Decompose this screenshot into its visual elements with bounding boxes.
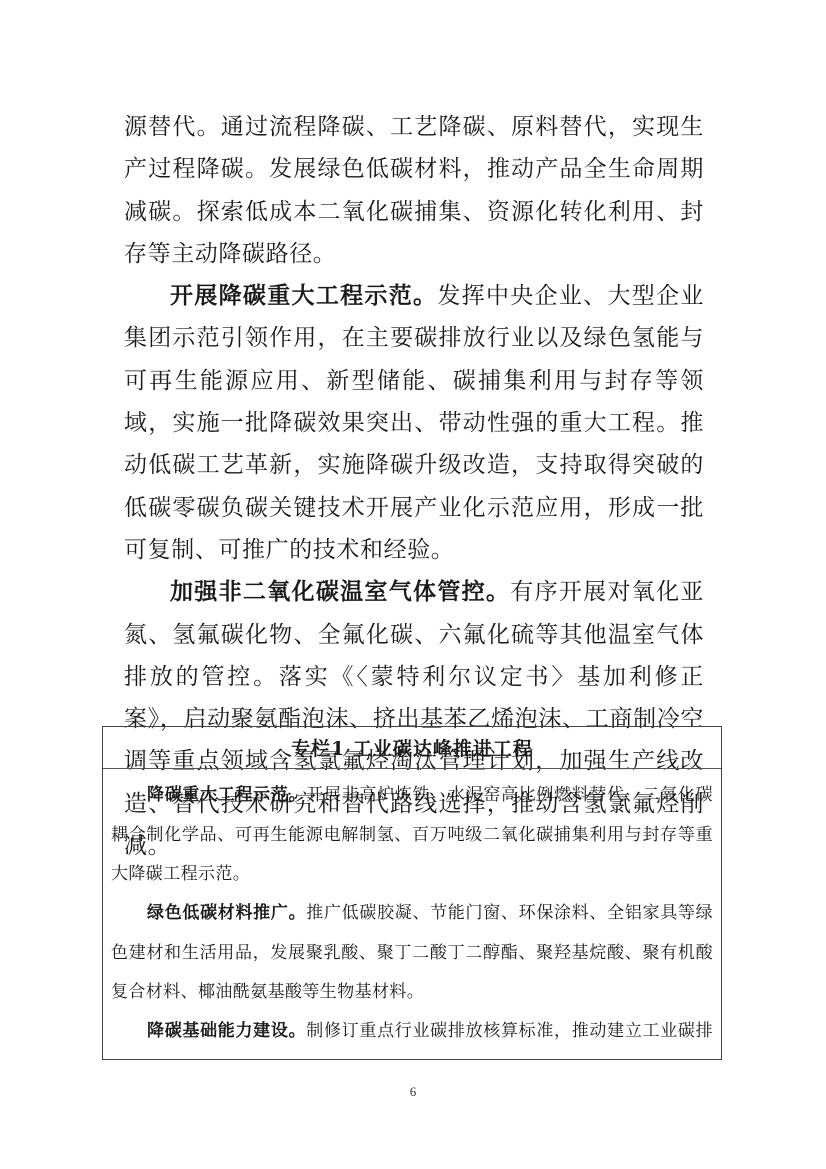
paragraph-heading: 开展降碳重大工程示范。 (170, 282, 437, 309)
paragraph-continuation: 源替代。通过流程降碳、工艺降碳、原料替代，实现生产过程降碳。发展绿色低碳材料，推… (124, 106, 704, 275)
paragraph-text: 源替代。通过流程降碳、工艺降碳、原料替代，实现生产过程降碳。发展绿色低碳材料，推… (124, 114, 704, 267)
box-item-heading: 绿色低碳材料推广。 (147, 903, 306, 923)
page-number: 6 (0, 1084, 826, 1100)
paragraph-carbon-reduction-projects: 开展降碳重大工程示范。发挥中央企业、大型企业集团示范引领作用，在主要碳排放行业以… (124, 275, 704, 571)
box-body: 降碳重大工程示范。开展非高炉炼铁、水泥窑高比例燃料替代、二氧化碳耦合制化学品、可… (103, 769, 721, 1060)
box-item: 降碳重大工程示范。开展非高炉炼铁、水泥窑高比例燃料替代、二氧化碳耦合制化学品、可… (111, 775, 713, 893)
paragraph-text: 发挥中央企业、大型企业集团示范引领作用，在主要碳排放行业以及绿色氢能与可再生能源… (124, 283, 704, 563)
paragraph-heading: 加强非二氧化碳温室气体管控。 (170, 578, 510, 605)
document-page: 源替代。通过流程降碳、工艺降碳、原料替代，实现生产过程降碳。发展绿色低碳材料，推… (0, 0, 826, 1169)
box-item-heading: 降碳基础能力建设。 (147, 1021, 306, 1041)
box-item: 绿色低碳材料推广。推广低碳胶凝、节能门窗、环保涂料、全铝家具等绿色建材和生活用品… (111, 893, 713, 1011)
special-column-box: 专栏1 工业碳达峰推进工程 降碳重大工程示范。开展非高炉炼铁、水泥窑高比例燃料替… (102, 726, 722, 1060)
box-title: 专栏1 工业碳达峰推进工程 (103, 727, 721, 769)
box-item: 降碳基础能力建设。制修订重点行业碳排放核算标准，推动建立工业碳排放核算体系，加强… (111, 1011, 713, 1060)
box-item-heading: 降碳重大工程示范。 (147, 785, 306, 805)
